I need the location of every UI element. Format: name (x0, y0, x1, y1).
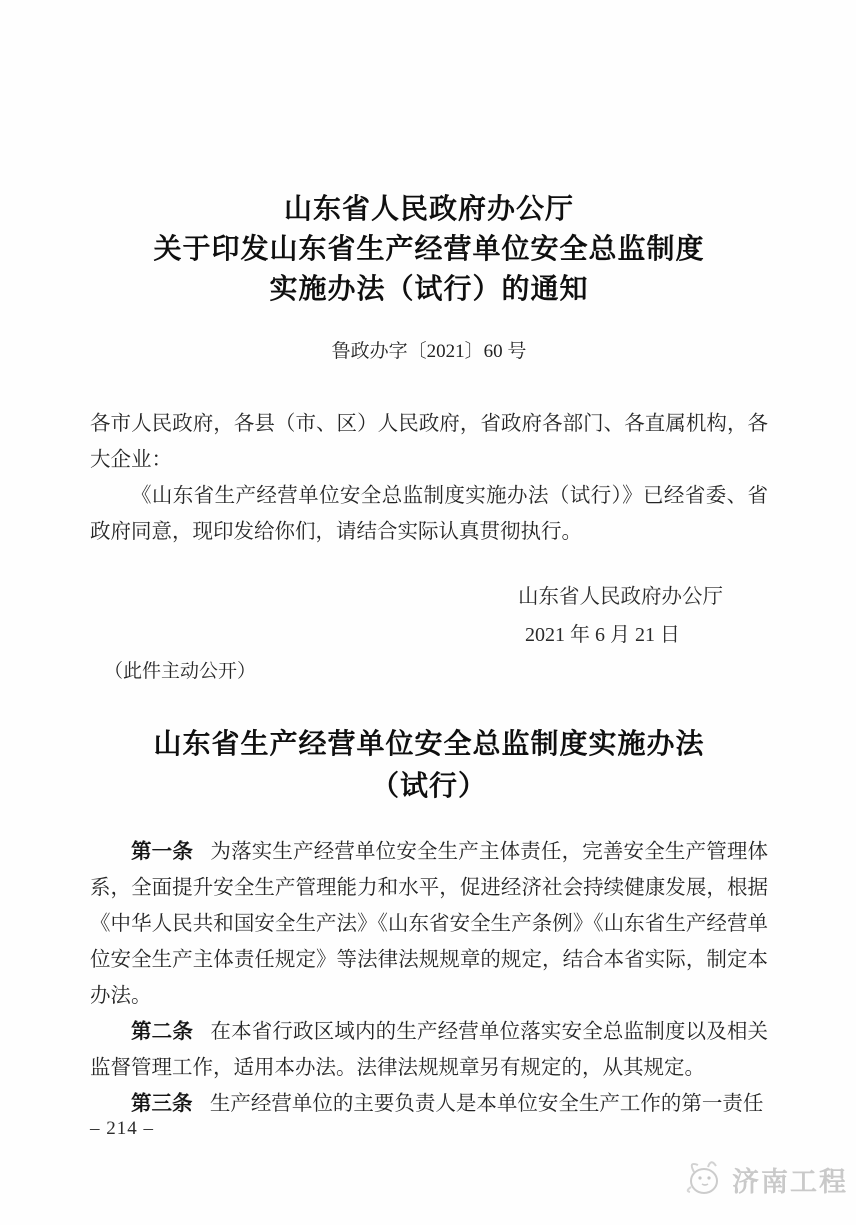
document-page: 山东省人民政府办公厅 关于印发山东省生产经营单位安全总监制度 实施办法（试行）的… (0, 0, 856, 1225)
article-2: 第二条在本省行政区域内的生产经营单位落实安全总监制度以及相关监督管理工作，适用本… (90, 1014, 768, 1086)
mascot-logo-icon (683, 1156, 723, 1203)
article-1-text: 为落实生产经营单位安全生产主体责任，完善安全生产管理体系，全面提升安全生产管理能… (90, 841, 768, 1007)
article-3-label: 第三条 (131, 1092, 193, 1115)
document-content: 山东省人民政府办公厅 关于印发山东省生产经营单位安全总监制度 实施办法（试行）的… (0, 0, 856, 1122)
notice-title-line-1: 山东省人民政府办公厅 (90, 190, 768, 230)
document-number: 鲁政办字〔2021〕60 号 (90, 338, 768, 366)
watermark: 济南工程 (683, 1156, 848, 1203)
salutation: 各市人民政府，各县（市、区）人民政府，省政府各部门、各直属机构，各大企业： (90, 406, 768, 478)
article-3: 第三条生产经营单位的主要负责人是本单位安全生产工作的第一责任 (90, 1086, 768, 1122)
notice-title: 山东省人民政府办公厅 关于印发山东省生产经营单位安全总监制度 实施办法（试行）的… (90, 190, 768, 310)
signature-block: 山东省人民政府办公厅 2021 年 6 月 21 日 （此件主动公开） (90, 578, 768, 690)
article-2-label: 第二条 (131, 1020, 193, 1043)
watermark-text: 济南工程 (732, 1160, 848, 1199)
disclosure-note: （此件主动公开） (90, 654, 768, 690)
notice-title-line-2: 关于印发山东省生产经营单位安全总监制度 (90, 230, 768, 270)
articles-section: 第一条为落实生产经营单位安全生产主体责任，完善安全生产管理体系，全面提升安全生产… (90, 834, 768, 1122)
measures-title-line-1: 山东省生产经营单位安全总监制度实施办法 (90, 724, 768, 766)
article-3-text: 生产经营单位的主要负责人是本单位安全生产工作的第一责任 (210, 1093, 764, 1115)
notice-body-block: 各市人民政府，各县（市、区）人民政府，省政府各部门、各直属机构，各大企业： 《山… (90, 406, 768, 550)
notice-body: 《山东省生产经营单位安全总监制度实施办法（试行）》已经省委、省政府同意，现印发给… (90, 478, 768, 550)
issue-date: 2021 年 6 月 21 日 (90, 616, 768, 654)
signer-name: 山东省人民政府办公厅 (90, 578, 768, 616)
article-1: 第一条为落实生产经营单位安全生产主体责任，完善安全生产管理体系，全面提升安全生产… (90, 834, 768, 1014)
article-1-label: 第一条 (131, 840, 193, 863)
notice-title-line-3: 实施办法（试行）的通知 (90, 270, 768, 310)
measures-title-line-2: （试行） (90, 766, 768, 808)
page-number: – 214 – (90, 1118, 154, 1140)
measures-title: 山东省生产经营单位安全总监制度实施办法 （试行） (90, 724, 768, 808)
